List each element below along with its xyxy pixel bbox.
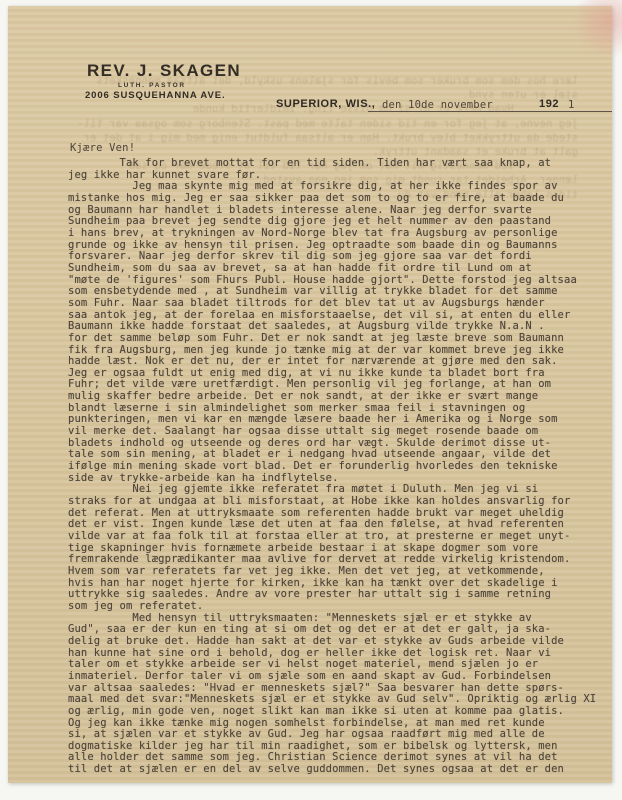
- text-line: straks for at undgaa at bli misforstaat,…: [68, 496, 603, 508]
- text-line: ifølge min mening skade vort blad. Det e…: [68, 461, 603, 473]
- letterhead-name: REV. J. SKAGEN: [87, 61, 241, 81]
- text-line: for det samme beløp som Fuhr. Det er nok…: [68, 333, 603, 345]
- text-line: Hvem som var referatets far vet jeg ikke…: [68, 566, 603, 578]
- text-line: i hans brev, at trykningen av Nord-Norge…: [68, 228, 603, 240]
- dateline-year-typed: 1: [568, 99, 574, 111]
- dateline-year-printed: 192: [539, 98, 559, 110]
- letterhead-title: LUTH. PASTOR: [118, 82, 186, 89]
- text-line: og ærlig, min gode ven, noget slikt kan …: [68, 706, 603, 718]
- text-line: jeg nevne, at jeg for en tid siden talte…: [53, 117, 578, 131]
- text-line: Tak for brevet mottat for en tid siden. …: [68, 158, 603, 170]
- letter-scan: lære hos dem som bruker som bevis for sj…: [0, 0, 622, 800]
- dateline-place: SUPERIOR, WIS.,: [276, 98, 375, 110]
- text-line: Sundheim, som du saa av brevet, sa at ha…: [68, 263, 603, 275]
- letterhead-address: 2006 SUSQUEHANNA AVE.: [85, 90, 226, 101]
- salutation: Kjære Ven!: [70, 142, 135, 154]
- text-line: som jeg om referatet.: [68, 601, 603, 613]
- text-line: som Fuhr. Naar saa bladet tiltrods for d…: [68, 298, 603, 310]
- dateline-typed-date: den 10de november: [382, 99, 493, 111]
- text-line: delig at bruke det. Hadde han sakt at de…: [68, 636, 603, 648]
- text-line: vil merke det. Saalangt har ogsaa disse …: [68, 426, 603, 438]
- text-line: mistanke hos mig. Jeg er saa sikker paa …: [68, 193, 603, 205]
- text-line: inmateriel. Derfor taler vi om sjæle som…: [68, 671, 603, 683]
- text-line: til det at sjælen er en del av selve gud…: [68, 764, 603, 776]
- letter-paper: lære hos dem som bruker som bevis for sj…: [8, 6, 612, 783]
- text-line: vilde var at faa folk til at forstaa ell…: [68, 531, 603, 543]
- letter-body: Tak for brevet mottat for en tid siden. …: [68, 158, 603, 776]
